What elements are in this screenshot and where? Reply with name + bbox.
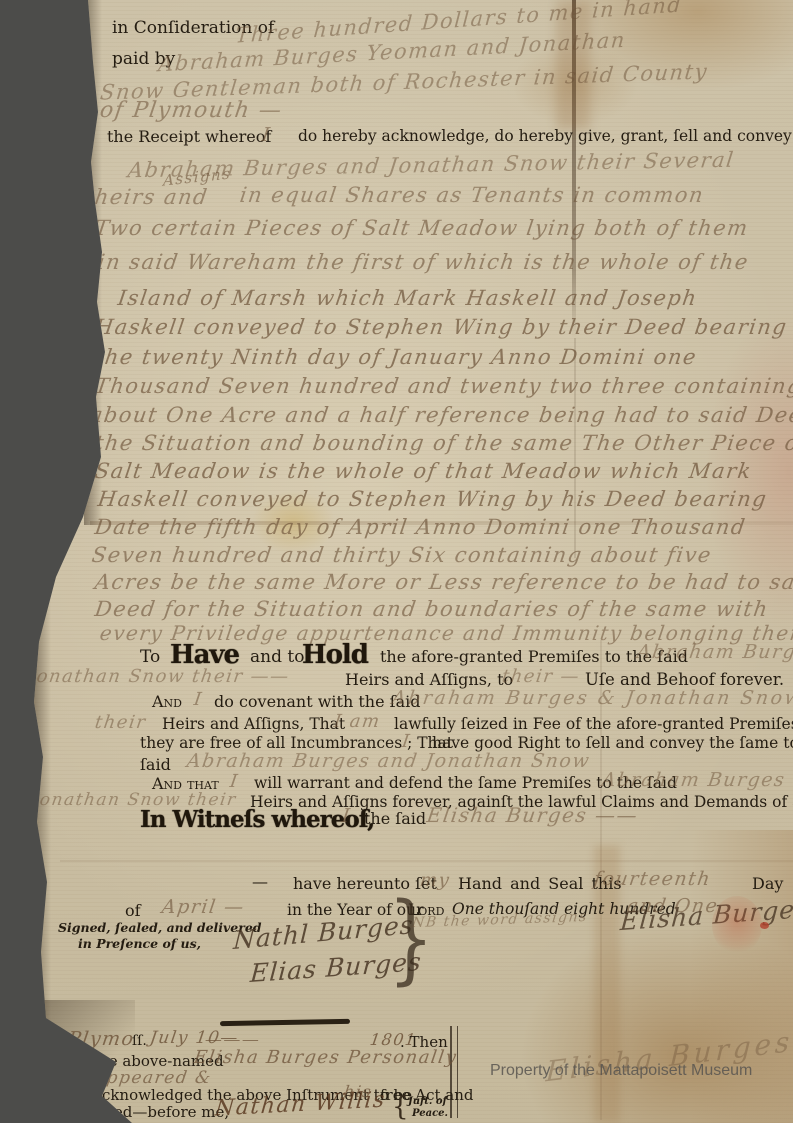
signed-sealed-label: Signed, ſealed, and delivered [58,920,262,935]
body-line-9: about One Acre and a half reference bein… [88,403,793,427]
and-label: And [152,692,182,711]
fourteenth-handwriting: fourteenth [592,868,712,890]
deed-document-scan: in Conſideration of Three hundred Dollar… [0,0,793,1123]
body-line-14: Seven hundred and thirty Six containing … [90,543,713,567]
museum-watermark: Property of the Mattapoisett Museum [490,1062,752,1080]
april-handwriting: April — [160,896,246,918]
to-their-handwriting: their — [501,666,582,687]
body-line-5: Island of Marsh which Mark Haskell and J… [116,286,699,310]
grantees-cont-handwriting: Jonathan Snow their —— [27,666,292,687]
elisha-personally-handwriting: Elisha Burges Personally [193,1047,459,1068]
body-line-10: the Situation and bounding of the same T… [93,431,793,455]
wax-seal-dot [760,922,769,929]
body-line-13: Date the fifth day of April Anno Domini … [93,515,747,539]
body-line-12: Haskell conveyed to Stephen Wing by his … [96,487,769,511]
body-line-15: Acres be the same More or Less reference… [93,570,793,594]
hold-blackletter: Hold [302,640,368,670]
in-witness-blackletter: In Witneſs whereof, [140,806,374,833]
paper-sheet: in Conſideration of Three hundred Dollar… [0,0,793,1123]
and-to-label: and to [250,647,304,667]
justice-brace: { [392,1092,409,1122]
said-label: ſaid [140,755,171,774]
body-line-8: Thousand Seven hundred and twenty two th… [93,374,793,398]
appeared-handwriting: appeared & [94,1068,214,1088]
heirs-assigns-that: Heirs and Aſſigns, That [162,715,345,733]
body-line-2a: heirs and [93,185,210,209]
form-border-rule [450,1026,458,1118]
the-said-label: the ſaid [364,809,426,828]
acknowledge-clause: do hereby acknowledge, do hereby give, g… [298,127,793,145]
receipt-whereof-label: the Receipt whereof [107,127,271,146]
ss-label: ſſ. [132,1033,147,1049]
to-label: To [140,647,160,667]
day-label: Day [752,874,783,893]
body-line-2b: in equal Shares as Tenants in common [238,183,706,207]
grantee-abraham-handwriting: Abraham Burges [600,769,786,791]
body-line-4: in said Wareham the first of which is th… [96,250,750,274]
body-line-6: Haskell conveyed to Stephen Wing by thei… [93,315,793,339]
grantor-elisha-handwriting: Elisha Burges —— [425,803,640,827]
wax-seal-mark [712,896,762,954]
their-handwriting: their [94,712,148,733]
plymo-handwriting: Plymo [66,1028,136,1050]
of-label: of [125,901,141,920]
grantees-full2-handwriting: Abraham Burges and Jonathan Snow [185,750,591,772]
body-line-16: Deed for the Situation and boundaries of… [93,597,770,621]
witness-brace: } [388,881,434,994]
peace-label: Peace. [412,1108,448,1119]
just-of-label: Juſt. of [408,1096,447,1107]
grantees-full-handwriting: Abraham Burges & Jonathan Snow [390,687,793,709]
in-presence-label: in Preſence of us, [78,936,201,951]
lawfully-seized: lawfully ſeized in Fee of the afore-gran… [394,715,793,733]
deed-before-me: Deed—before me, [93,1103,229,1121]
body-line-3: Two certain Pieces of Salt Meadow lying … [93,216,750,240]
i-am-handwriting: I am [333,711,383,732]
body-line-7: the twenty Ninth day of January Anno Dom… [93,345,698,369]
grantees-short-handwriting: Abraham Burges & [635,641,793,663]
body-line-11: Salt Meadow is the whole of that Meadow … [93,459,753,483]
dash-mark: — [252,872,268,891]
grantee-line3-handwriting: of Plymouth — [98,98,284,123]
